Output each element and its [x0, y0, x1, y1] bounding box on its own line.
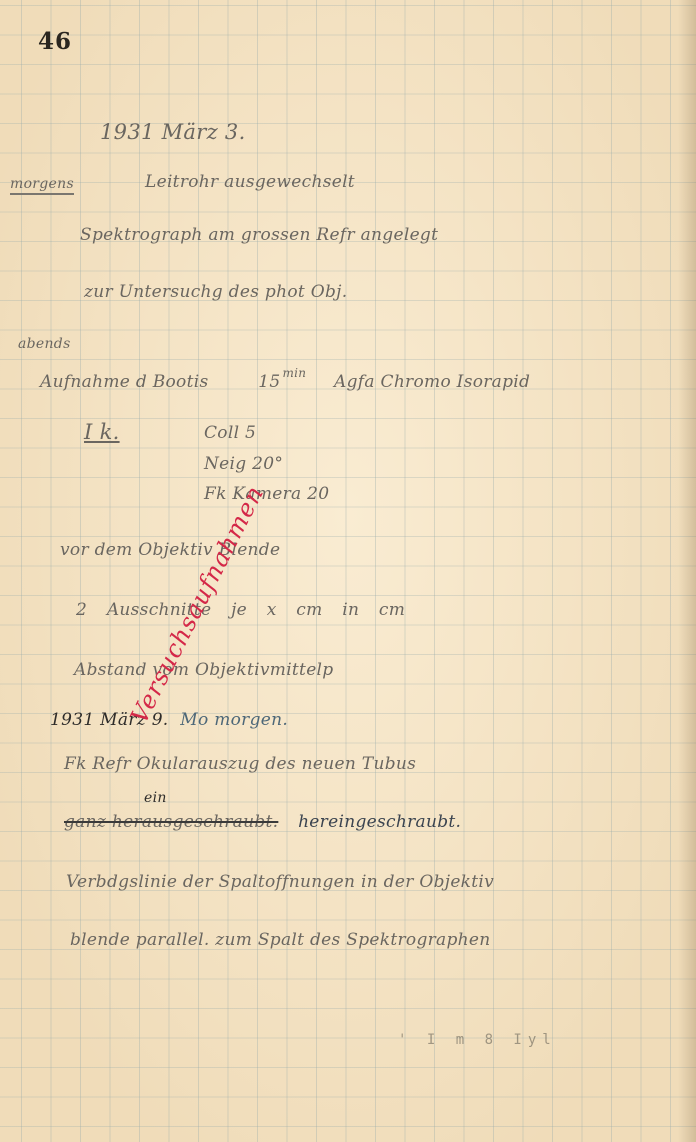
- note-line: Fk Refr Okularauszug des neuen Tubus: [64, 754, 416, 774]
- note-line: vor dem Objektiv Blende: [60, 540, 280, 560]
- setting-line: Neig 20°: [204, 454, 283, 474]
- note-line: Verbdgslinie der Spaltoffnungen in der O…: [66, 872, 494, 892]
- insertion-text: ein: [144, 790, 167, 806]
- entry-weekday: Mo morgen.: [180, 710, 288, 730]
- margin-note-morgens: morgens: [10, 176, 74, 195]
- exposure-unit: min: [282, 366, 306, 380]
- note-line: blende parallel. zum Spalt des Spektrogr…: [70, 930, 491, 950]
- entry-date-2: 1931 März 9. Mo morgen.: [50, 710, 288, 730]
- setting-label: I k.: [84, 420, 120, 444]
- note-line: Spektrograph am grossen Refr angelegt: [80, 225, 438, 245]
- page-edge-shadow: [678, 0, 696, 1142]
- plate-type: Agfa Chromo Isorapid: [334, 372, 530, 392]
- correction-text: hereingeschraubt.: [298, 812, 461, 832]
- setting-line: Coll 5: [204, 423, 256, 443]
- note-line: Abstand vom Objektivmittelp: [74, 660, 333, 680]
- exposure-value: 15: [258, 372, 280, 392]
- page-number: 46: [38, 28, 72, 55]
- note-line-exposure: Aufnahme d Bootis 15min Agfa Chromo Isor…: [40, 372, 530, 392]
- margin-note-abends: abends: [18, 336, 71, 352]
- object-text: Aufnahme d Bootis: [40, 372, 208, 392]
- note-line: Leitrohr ausgewechselt: [145, 172, 355, 192]
- faint-marks: ' I m 8 Iyl: [398, 1032, 557, 1048]
- note-line: zur Untersuchg des phot Obj.: [84, 282, 347, 302]
- note-line-correction: ganz herausgeschraubt. hereingeschraubt.: [64, 812, 461, 832]
- note-line: 2 Ausschnitte je x cm in cm: [76, 600, 405, 620]
- struck-text: ganz herausgeschraubt.: [64, 812, 278, 832]
- entry-date-text: 1931 März 3.: [100, 120, 246, 144]
- entry-date-1: 1931 März 3.: [100, 120, 246, 144]
